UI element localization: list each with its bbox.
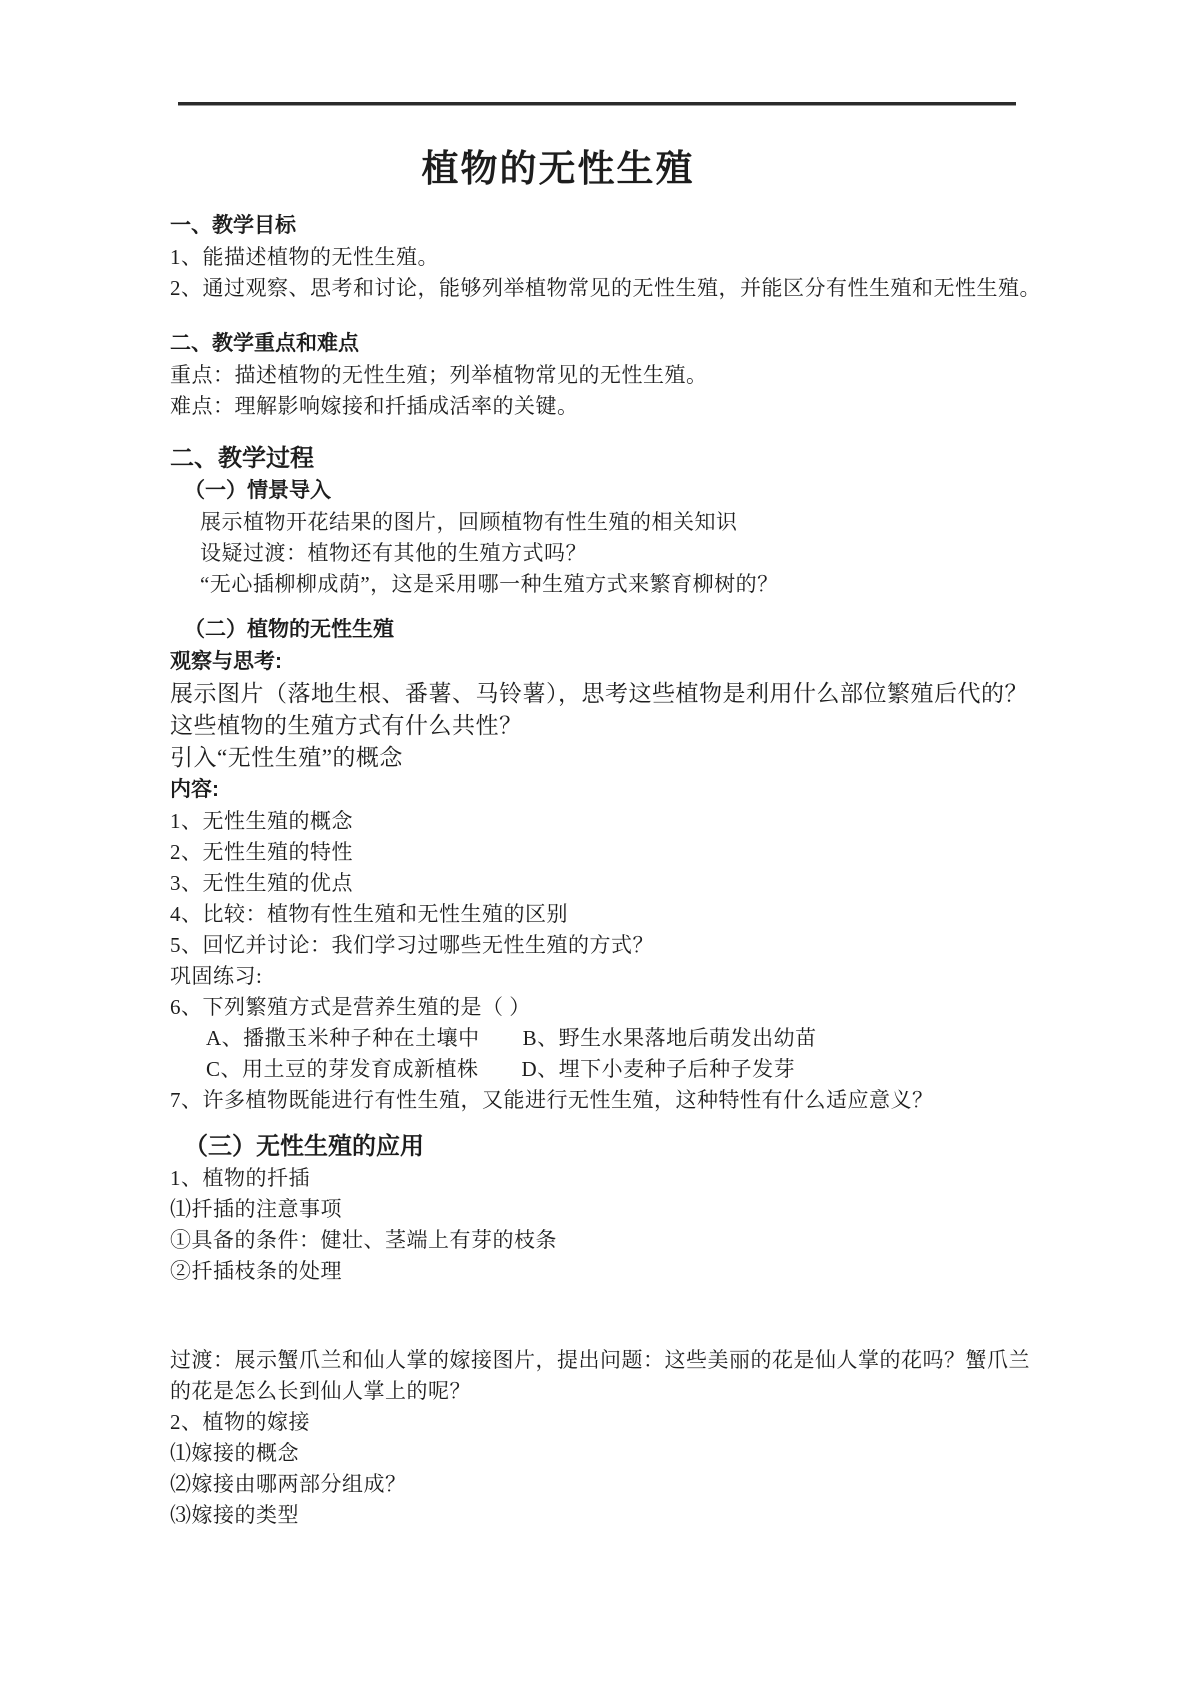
document-page: 植物的无性生殖 一、教学目标 1、能描述植物的无性生殖。 2、通过观察、思考和讨… xyxy=(0,0,1191,1684)
objective-item-1: 1、能描述植物的无性生殖。 xyxy=(170,242,1042,273)
grafting-item-2: ⑴嫁接的概念 xyxy=(170,1438,1042,1469)
grafting-transition-text: 过渡：展示蟹爪兰和仙人掌的嫁接图片，提出问题：这些美丽的花是仙人掌的花吗？蟹爪兰… xyxy=(170,1345,1042,1407)
content-item-3: 3、无性生殖的优点 xyxy=(170,868,1042,899)
cutting-item-2: ⑴扦插的注意事项 xyxy=(170,1194,1042,1225)
document-title: 植物的无性生殖 xyxy=(170,146,1042,194)
grafting-item-3: ⑵嫁接由哪两部分组成？ xyxy=(170,1469,1042,1500)
section-heading-objectives: 一、教学目标 xyxy=(170,210,1042,242)
keypoint-line: 重点：描述植物的无性生殖；列举植物常见的无性生殖。 xyxy=(170,360,1042,391)
objective-item-2: 2、通过观察、思考和讨论，能够列举植物常见的无性生殖，并能区分有性生殖和无性生殖… xyxy=(170,273,1042,304)
content-item-2: 2、无性生殖的特性 xyxy=(170,837,1042,868)
concept-intro-line: 引入“无性生殖”的概念 xyxy=(170,742,1042,774)
content-item-1: 1、无性生殖的概念 xyxy=(170,806,1042,837)
question-6: 6、下列繁殖方式是营养生殖的是（ ） xyxy=(170,992,1042,1023)
content-item-5: 5、回忆并讨论：我们学习过哪些无性生殖的方式？ xyxy=(170,930,1042,961)
subsection-heading-application: （三）无性生殖的应用 xyxy=(170,1130,1042,1163)
content-label: 内容: xyxy=(170,774,1042,806)
practice-label: 巩固练习: xyxy=(170,961,1042,992)
scenario-line-3: “无心插柳柳成荫”，这是采用哪一种生殖方式来繁育柳树的？ xyxy=(170,569,1042,600)
observe-think-label: 观察与思考: xyxy=(170,646,1042,678)
document-content: 植物的无性生殖 一、教学目标 1、能描述植物的无性生殖。 2、通过观察、思考和讨… xyxy=(170,0,1042,1531)
grafting-item-4: ⑶嫁接的类型 xyxy=(170,1500,1042,1531)
subsection-heading-scenario-intro: （一）情景导入 xyxy=(170,475,1042,507)
scenario-line-1: 展示植物开花结果的图片，回顾植物有性生殖的相关知识 xyxy=(170,507,1042,538)
cutting-item-1: 1、植物的扦插 xyxy=(170,1163,1042,1194)
section-heading-keypoints: 二、教学重点和难点 xyxy=(170,328,1042,360)
cutting-item-3: ①具备的条件：健壮、茎端上有芽的枝条 xyxy=(170,1225,1042,1256)
grafting-item-1: 2、植物的嫁接 xyxy=(170,1407,1042,1438)
question-6-options-cd: C、用土豆的芽发育成新植株 D、埋下小麦种子后种子发芽 xyxy=(170,1054,1042,1085)
content-item-4: 4、比较：植物有性生殖和无性生殖的区别 xyxy=(170,899,1042,930)
observe-think-text: 展示图片（落地生根、番薯、马铃薯），思考这些植物是利用什么部位繁殖后代的？这些植… xyxy=(170,678,1042,742)
subsection-heading-asexual-reproduction: （二）植物的无性生殖 xyxy=(170,614,1042,646)
cutting-item-4: ②扦插枝条的处理 xyxy=(170,1256,1042,1287)
difficulty-line: 难点：理解影响嫁接和扦插成活率的关键。 xyxy=(170,391,1042,422)
question-6-options-ab: A、播撒玉米种子种在土壤中 B、野生水果落地后萌发出幼苗 xyxy=(170,1023,1042,1054)
section-heading-process: 二、教学过程 xyxy=(170,442,1042,475)
question-7: 7、许多植物既能进行有性生殖，又能进行无性生殖，这种特性有什么适应意义？ xyxy=(170,1085,1042,1116)
scenario-line-2: 设疑过渡：植物还有其他的生殖方式吗？ xyxy=(170,538,1042,569)
